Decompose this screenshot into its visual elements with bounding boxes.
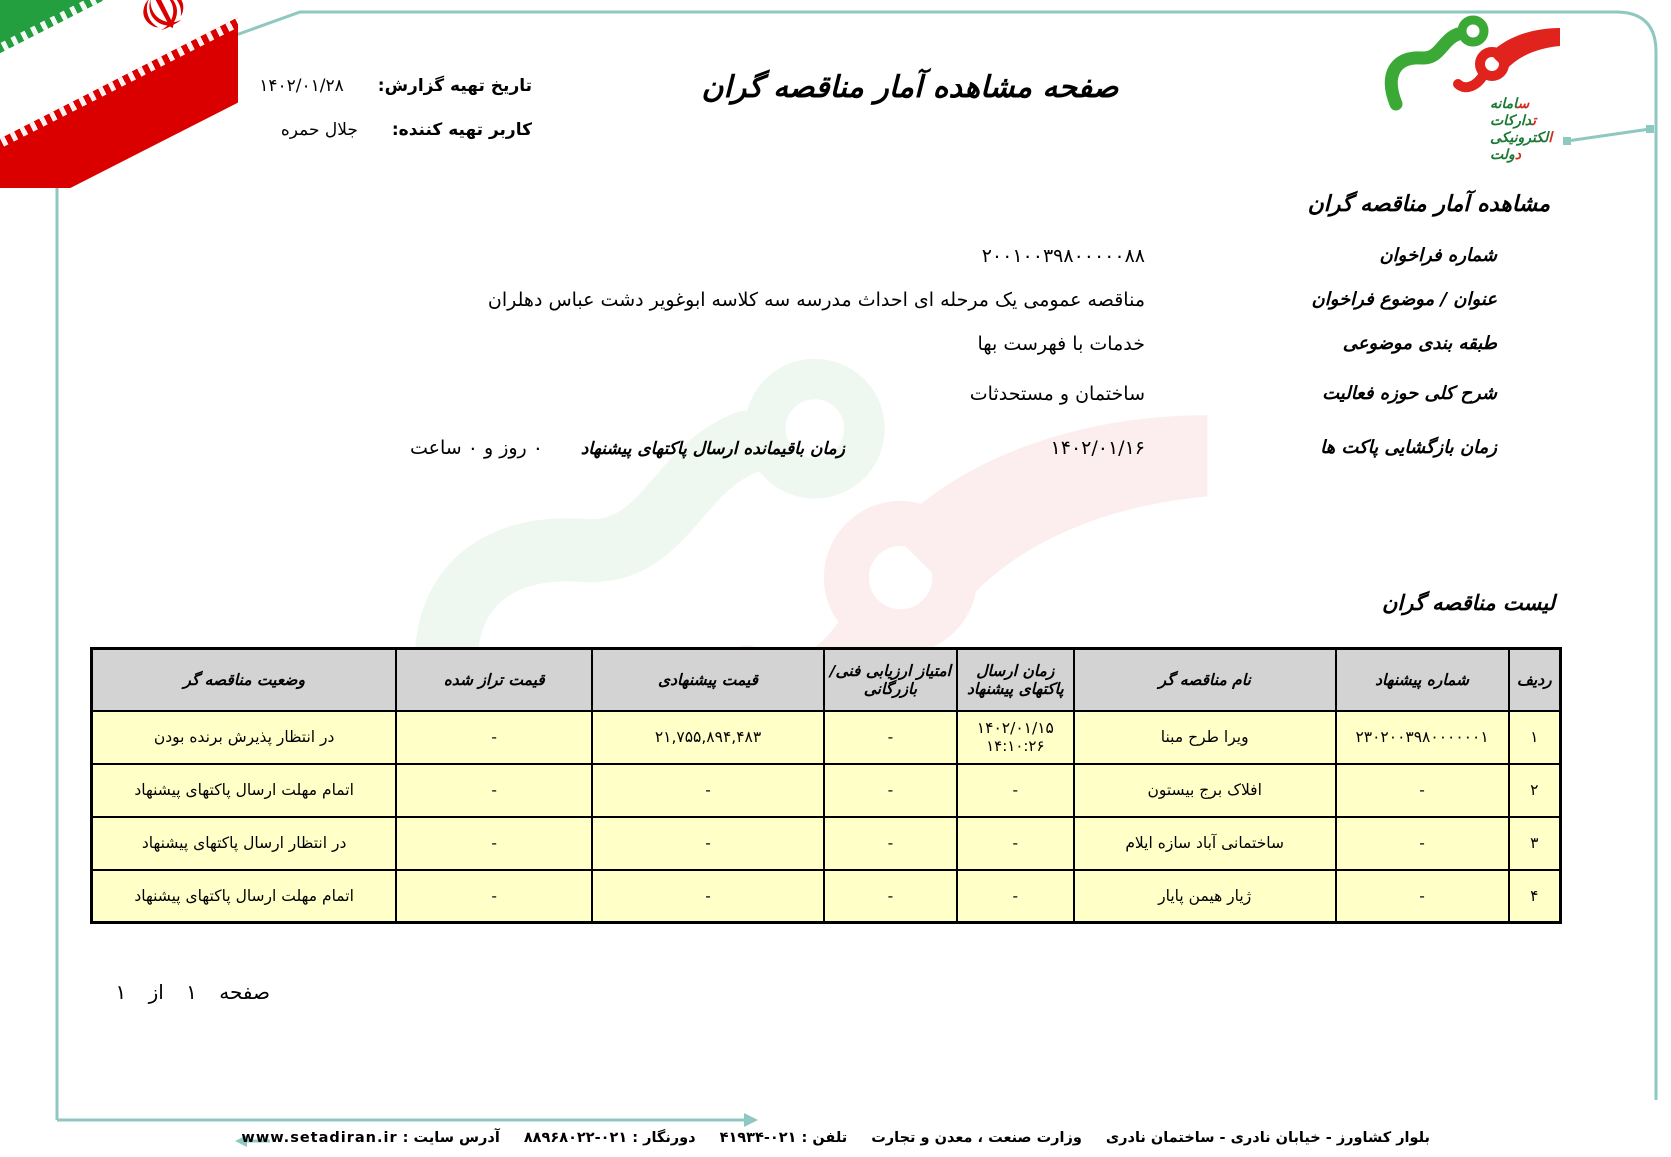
col-row-number: ردیف <box>1509 649 1561 711</box>
sent-date: ۱۴۰۲/۰۱/۱۵ <box>977 719 1054 737</box>
table-row: ۳ - ساختمانی آباد سازه ایلام - - - - در … <box>92 817 1561 870</box>
remaining-time-label: زمان باقیمانده ارسال پاکتهای پیشنهاد <box>581 439 845 459</box>
cell-bidder-name: ویرا طرح مبنا <box>1074 711 1336 764</box>
cell-row-number: ۱ <box>1509 711 1561 764</box>
footer-ministry: وزارت صنعت ، معدن و تجارت <box>871 1130 1082 1146</box>
col-bid-number: شماره پیشنهاد <box>1336 649 1509 711</box>
cell-adjusted-price: - <box>396 817 592 870</box>
logo-line-2: تدارکات <box>1490 113 1538 129</box>
bidders-list-title: لیست مناقصه گران <box>1382 591 1555 615</box>
table-header-row: ردیف شماره پیشنهاد نام مناقصه گر زمان ار… <box>92 649 1561 711</box>
field-call-number-value: ۲۰۰۱۰۰۳۹۸۰۰۰۰۰۸۸ <box>982 245 1145 267</box>
cell-adjusted-price: - <box>396 764 592 817</box>
remaining-time-value: ۰ روز و ۰ ساعت <box>410 437 543 459</box>
field-call-number-label: شماره فراخوان <box>1379 245 1497 266</box>
table-row: ۱ ۲۳۰۲۰۰۳۹۸۰۰۰۰۰۰۱ ویرا طرح مبنا ۱۴۰۲/۰۱… <box>92 711 1561 764</box>
col-offered-price: قیمت پیشنهادی <box>592 649 824 711</box>
field-opening-time-label: زمان بازگشایی پاکت ها <box>1320 437 1497 458</box>
col-adjusted-price: قیمت تراز شده <box>396 649 592 711</box>
cell-bid-number: - <box>1336 764 1509 817</box>
cell-score: - <box>824 764 957 817</box>
field-category-value: خدمات با فهرست بها <box>977 333 1145 355</box>
col-bidder-name: نام مناقصه گر <box>1074 649 1336 711</box>
report-date-label: تاریخ تهیه گزارش: <box>378 76 532 96</box>
cell-score: - <box>824 817 957 870</box>
cell-status: اتمام مهلت ارسال پاکتهای پیشنهاد <box>92 870 397 923</box>
logo-line-3: الکترونیکی <box>1490 130 1554 146</box>
cell-bidder-name: ژیار هیمن پایار <box>1074 870 1336 923</box>
field-category-label: طبقه بندی موضوعی <box>1343 333 1497 354</box>
cell-sent-time: - <box>957 764 1074 817</box>
info-section-title: مشاهده آمار مناقصه گران <box>1308 192 1550 217</box>
logo-line-4: دولت <box>1490 147 1522 163</box>
col-sent-time: زمان ارسال پاکتهای پیشنهاد <box>957 649 1074 711</box>
page-title: صفحه مشاهده آمار مناقصه گران <box>655 70 1165 105</box>
cell-score: - <box>824 711 957 764</box>
prepared-by-label: کاربر تهیه کننده: <box>392 120 532 140</box>
cell-row-number: ۳ <box>1509 817 1561 870</box>
cell-score: - <box>824 870 957 923</box>
cell-sent-time: ۱۴۰۲/۰۱/۱۵۱۴:۱۰:۲۶ <box>957 711 1074 764</box>
report-page: ☫ تاریخ تهیه گزارش: ۱۴۰۲/۰۱/۲۸ کاربر تهی… <box>0 0 1671 1157</box>
cell-adjusted-price: - <box>396 870 592 923</box>
footer-phone: تلفن : ۰۲۱-۴۱۹۳۴ <box>720 1130 848 1146</box>
cell-adjusted-price: - <box>396 711 592 764</box>
pagination: صفحه ۱ از ۱ <box>95 980 270 1004</box>
footer-street: بلوار کشاورز - خیابان نادری - ساختمان نا… <box>1106 1130 1430 1146</box>
prepared-by-value: جلال حمره <box>281 120 358 140</box>
cell-bid-number: ۲۳۰۲۰۰۳۹۸۰۰۰۰۰۰۱ <box>1336 711 1509 764</box>
logo-line-1: سامانه <box>1490 96 1530 112</box>
bidders-table: ردیف شماره پیشنهاد نام مناقصه گر زمان ار… <box>90 647 1562 924</box>
footer-address: بلوار کشاورز - خیابان نادری - ساختمان نا… <box>241 1130 1430 1146</box>
field-opening-time-value: ۱۴۰۲/۰۱/۱۶ <box>1051 437 1145 459</box>
cell-status: در انتظار ارسال پاکتهای پیشنهاد <box>92 817 397 870</box>
footer-website: آدرس سایت : www.setadiran.ir <box>241 1130 499 1146</box>
footer-fax: دورنگار : ۰۲۱-۸۸۹۶۸۰۲۲ <box>524 1130 696 1146</box>
cell-offered-price: ۲۱,۷۵۵,۸۹۴,۴۸۳ <box>592 711 824 764</box>
field-activity-label: شرح کلی حوزه فعالیت <box>1322 383 1497 404</box>
col-status: وضعیت مناقصه گر <box>92 649 397 711</box>
report-date-row: تاریخ تهیه گزارش: ۱۴۰۲/۰۱/۲۸ <box>150 76 532 96</box>
cell-sent-time: - <box>957 817 1074 870</box>
prepared-by-row: کاربر تهیه کننده: جلال حمره <box>150 120 532 140</box>
report-date-value: ۱۴۰۲/۰۱/۲۸ <box>259 76 344 96</box>
sent-clock: ۱۴:۱۰:۲۶ <box>963 737 1068 755</box>
cell-sent-time: - <box>957 870 1074 923</box>
cell-row-number: ۲ <box>1509 764 1561 817</box>
table-row: ۲ - افلاک برج بیستون - - - - اتمام مهلت … <box>92 764 1561 817</box>
cell-offered-price: - <box>592 870 824 923</box>
field-subject-value: مناقصه عمومی یک مرحله ای احداث مدرسه سه … <box>488 289 1145 311</box>
cell-bidder-name: افلاک برج بیستون <box>1074 764 1336 817</box>
cell-row-number: ۴ <box>1509 870 1561 923</box>
cell-bid-number: - <box>1336 817 1509 870</box>
cell-status: اتمام مهلت ارسال پاکتهای پیشنهاد <box>92 764 397 817</box>
report-meta: تاریخ تهیه گزارش: ۱۴۰۲/۰۱/۲۸ کاربر تهیه … <box>150 76 532 164</box>
cell-status: در انتظار پذیرش برنده بودن <box>92 711 397 764</box>
setad-logo: سامانه تدارکات الکترونیکی دولت <box>1370 4 1568 176</box>
cell-offered-price: - <box>592 764 824 817</box>
field-activity-value: ساختمان و مستحدثات <box>970 383 1145 405</box>
cell-offered-price: - <box>592 817 824 870</box>
cell-bid-number: - <box>1336 870 1509 923</box>
field-subject-label: عنوان / موضوع فراخوان <box>1311 289 1497 310</box>
cell-bidder-name: ساختمانی آباد سازه ایلام <box>1074 817 1336 870</box>
col-score: امتیاز ارزیابی فنی/ بازرگانی <box>824 649 957 711</box>
table-row: ۴ - ژیار هیمن پایار - - - - اتمام مهلت ا… <box>92 870 1561 923</box>
